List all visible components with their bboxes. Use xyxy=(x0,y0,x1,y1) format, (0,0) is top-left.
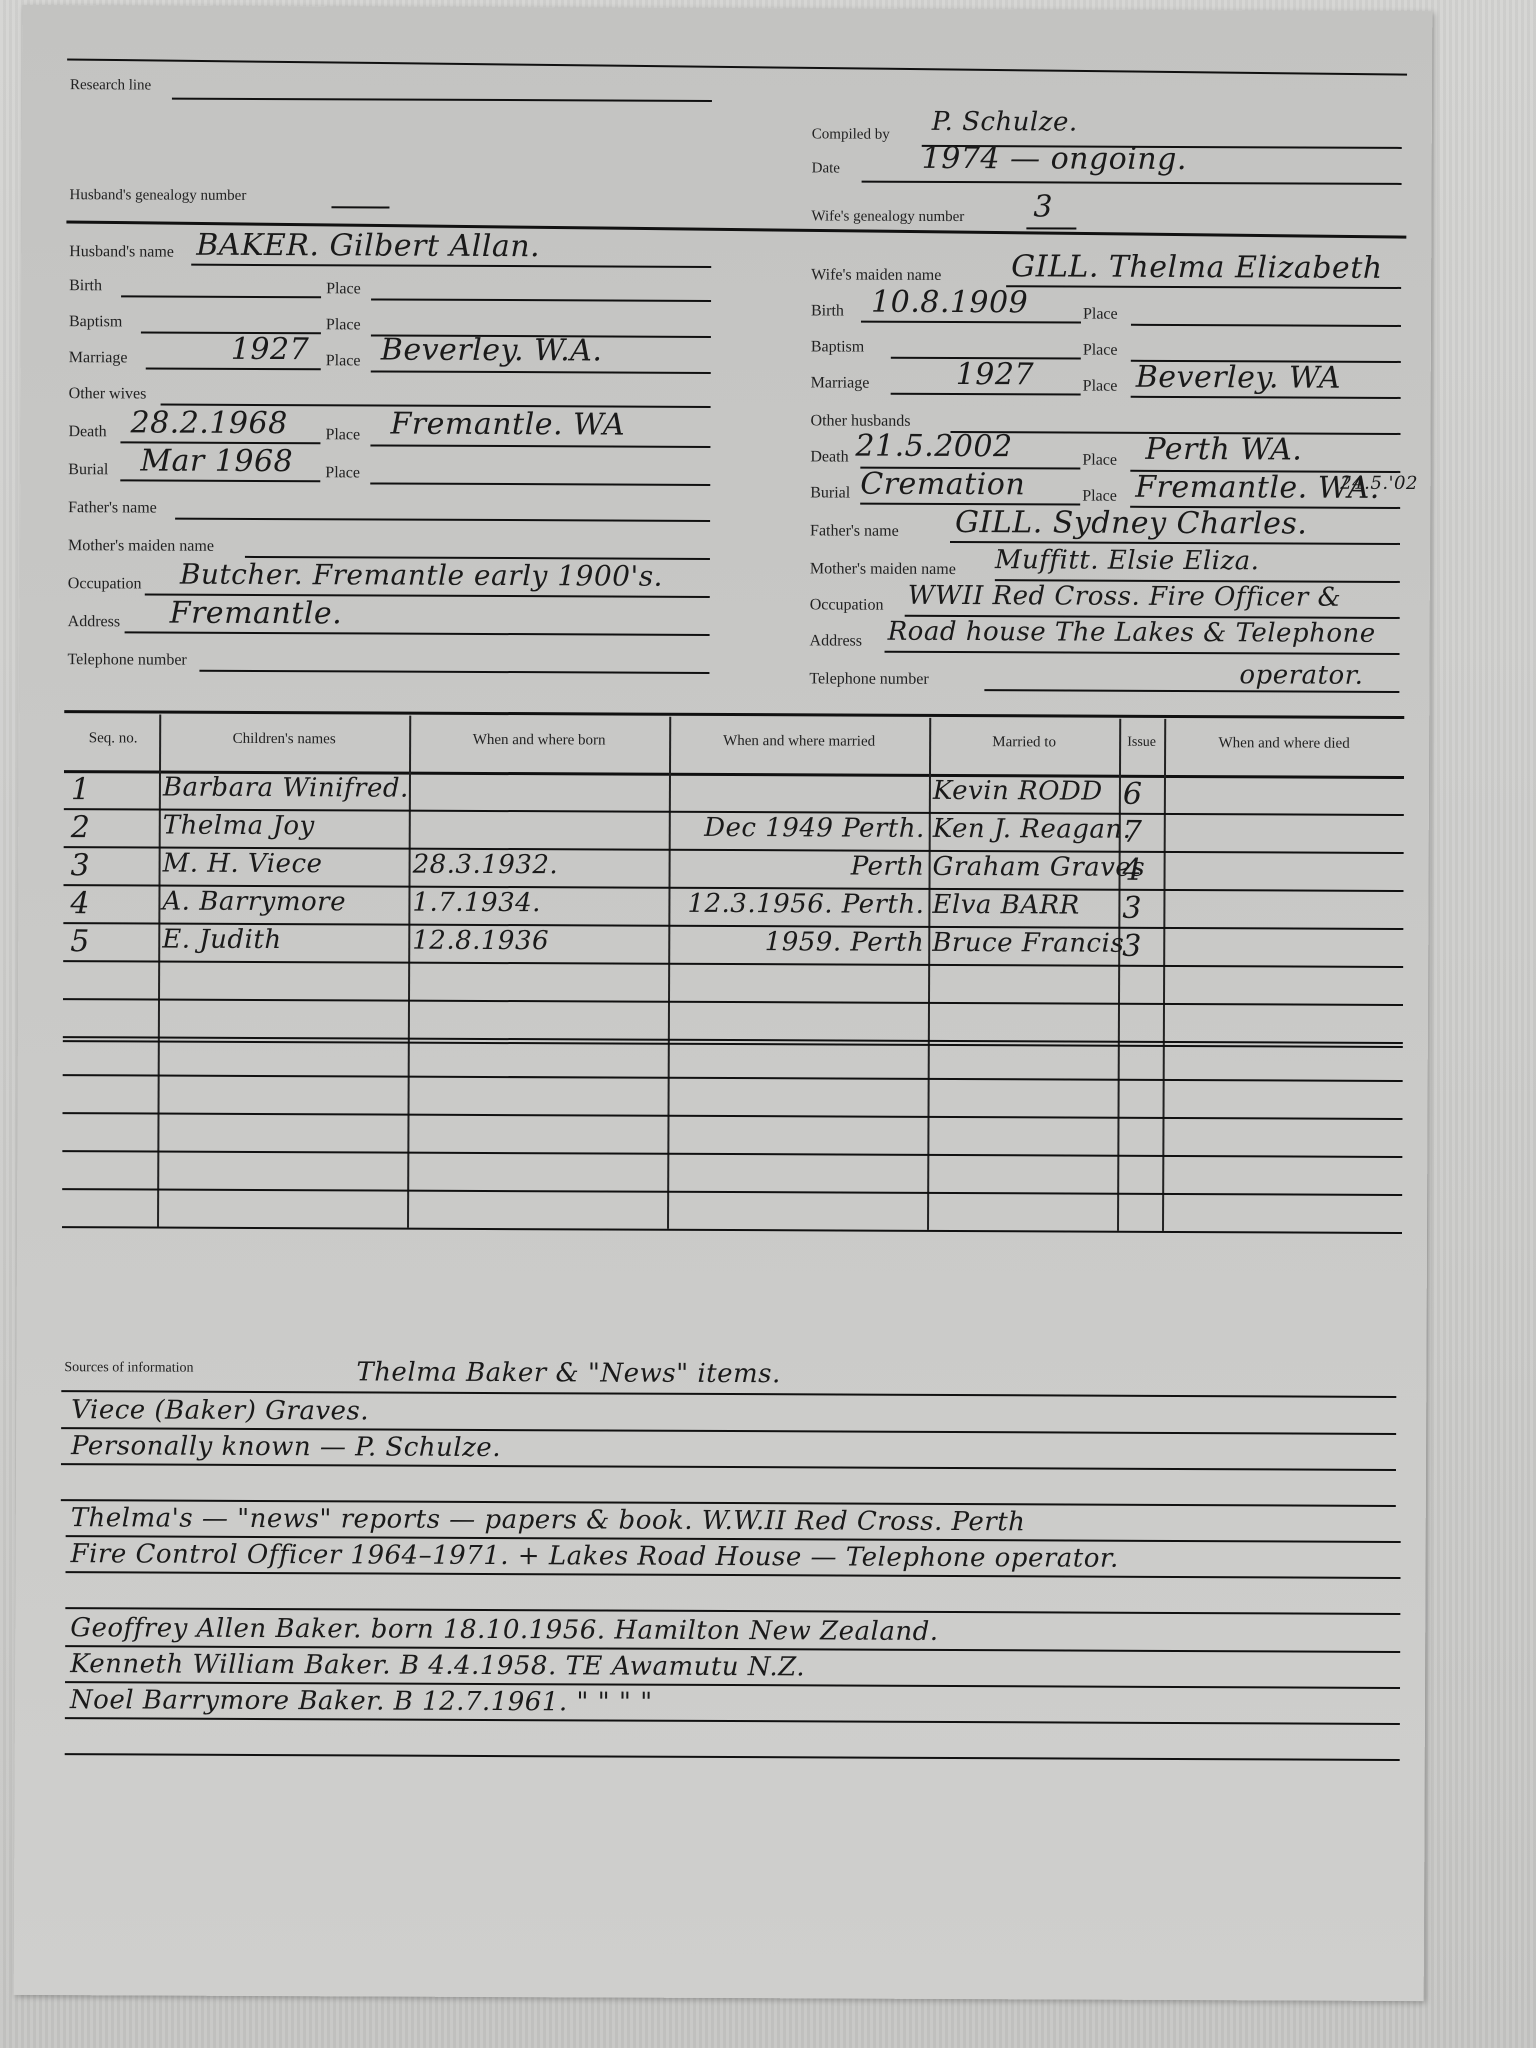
husband-birth-field xyxy=(121,295,321,298)
compiled-by-value: P. Schulze. xyxy=(932,107,1078,138)
table-header-cell: Children's names xyxy=(159,731,409,749)
wife-burial-value: Cremation xyxy=(860,467,1025,503)
table-cell-born: 28.3.1932. xyxy=(413,850,665,881)
husband-occupation-value: Butcher. Fremantle early 1900's. xyxy=(180,558,663,593)
wife-birth-label: Birth xyxy=(811,302,844,320)
husband-father-field xyxy=(175,518,710,522)
table-cell-issue: 3 xyxy=(1122,929,1159,964)
date-label: Date xyxy=(812,160,840,177)
husband-marriage-place-label: Place xyxy=(326,352,361,370)
table-cell-married: 1959. Perth xyxy=(672,927,924,958)
table-cell-seq: 4 xyxy=(70,886,154,921)
table-row-rule xyxy=(63,1036,1403,1044)
wife-marriage-place-field xyxy=(1131,396,1401,399)
table-cell-married: Dec 1949 Perth. xyxy=(673,813,925,844)
husband-baptism-place-label: Place xyxy=(326,316,361,334)
husband-birth-place-field xyxy=(371,298,711,301)
wife-address-label: Address xyxy=(810,632,863,650)
wife-marriage-value: 1927 xyxy=(956,357,1035,392)
table-row-rule xyxy=(62,1226,1402,1234)
table-header-cell: When and where born xyxy=(409,732,669,750)
wife-death-label: Death xyxy=(810,448,848,466)
husband-marriage-place-value: Beverley. W.A. xyxy=(381,333,603,369)
table-header-cell: Married to xyxy=(929,734,1119,752)
husband-mother-label: Mother's maiden name xyxy=(68,537,214,556)
table-cell-married-to: Ken J. Reagan. xyxy=(933,814,1115,845)
husband-address-label: Address xyxy=(68,613,121,631)
sources-rule xyxy=(66,1571,1401,1579)
husband-burial-label: Burial xyxy=(68,461,108,479)
husband-marriage-place-field xyxy=(371,370,711,373)
wife-baptism-label: Baptism xyxy=(811,338,864,356)
table-cell-married: 12.3.1956. Perth. xyxy=(672,889,924,920)
table-cell-name: A. Barrymore xyxy=(162,887,404,918)
husband-address-value: Fremantle. xyxy=(170,596,343,632)
wife-baptism-place-label: Place xyxy=(1083,342,1118,360)
table-row-rule xyxy=(63,1112,1403,1120)
table-cell-name: M. H. Viece xyxy=(163,849,405,880)
wife-burial-label: Burial xyxy=(810,484,850,502)
wife-telephone-field xyxy=(984,689,1399,693)
husband-telephone-label: Telephone number xyxy=(67,651,186,670)
table-row-rule xyxy=(63,998,1403,1006)
wife-mother-value: Muffitt. Elsie Eliza. xyxy=(995,545,1260,576)
research-line-field xyxy=(172,98,712,102)
wife-address-field xyxy=(885,651,1400,655)
sources-line-text: Kenneth William Baker. B 4.4.1958. TE Aw… xyxy=(70,1649,805,1682)
husband-genealogy-number-field xyxy=(331,206,389,208)
husband-death-value: 28.2.1968 xyxy=(130,405,287,441)
table-cell-issue: 7 xyxy=(1123,815,1160,850)
sources-line-text: Personally known — P. Schulze. xyxy=(71,1431,501,1463)
wife-address-value: Road house The Lakes & Telephone xyxy=(888,617,1376,649)
wife-burial-note: 24.5.'02 xyxy=(1340,473,1418,494)
table-cell-name: Barbara Winifred. xyxy=(163,773,405,804)
husband-burial-field xyxy=(120,479,320,482)
husband-name-field xyxy=(191,264,711,268)
husband-genealogy-number-label: Husband's genealogy number xyxy=(69,187,246,205)
table-header-cell: Issue xyxy=(1119,735,1164,751)
table-row-rule xyxy=(62,1150,1402,1158)
wife-marriage-place-label: Place xyxy=(1083,378,1118,396)
husband-name-label: Husband's name xyxy=(69,243,174,261)
wife-death-place-value: Perth WA. xyxy=(1145,432,1302,468)
research-line-label: Research line xyxy=(70,77,151,94)
table-row-rule xyxy=(63,1074,1403,1082)
table-cell-born: 12.8.1936 xyxy=(412,926,664,957)
husband-marriage-value: 1927 xyxy=(231,332,310,367)
table-cell-issue: 4 xyxy=(1123,853,1160,888)
wife-genealogy-number-value: 3 xyxy=(1033,189,1053,224)
top-rule xyxy=(67,58,1407,75)
husband-baptism-label: Baptism xyxy=(69,313,122,331)
family-group-sheet: Research line Husband's genealogy number… xyxy=(14,5,1433,2001)
table-cell-seq: 3 xyxy=(71,848,155,883)
table-header-cell: When and where died xyxy=(1164,735,1404,753)
wife-occupation-value: WWII Red Cross. Fire Officer & xyxy=(908,581,1342,613)
wife-name-value: GILL. Thelma Elizabeth xyxy=(1011,249,1383,286)
husband-birth-label: Birth xyxy=(69,277,102,295)
table-cell-married-to: Graham Graves xyxy=(933,852,1115,883)
husband-marriage-label: Marriage xyxy=(69,349,128,367)
sources-rule xyxy=(65,1717,1400,1725)
sources-line-text: Thelma's — "news" reports — papers & boo… xyxy=(71,1503,1026,1537)
wife-birth-field xyxy=(861,321,1081,324)
sources-line-text: Fire Control Officer 1964–1971. + Lakes … xyxy=(71,1539,1119,1574)
date-field xyxy=(862,181,1402,185)
wife-marriage-label: Marriage xyxy=(811,374,870,392)
wife-father-label: Father's name xyxy=(810,522,899,540)
husband-father-label: Father's name xyxy=(68,499,157,517)
wife-marriage-place-value: Beverley. WA xyxy=(1136,360,1341,396)
husband-death-label: Death xyxy=(68,423,106,441)
table-row-rule xyxy=(62,1188,1402,1196)
husband-marriage-field xyxy=(146,367,321,370)
table-cell-name: E. Judith xyxy=(162,925,404,956)
table-cell-born: 1.7.1934. xyxy=(412,888,664,919)
table-cell-married-to: Elva BARR xyxy=(932,890,1114,921)
wife-birth-value: 10.8.1909 xyxy=(871,285,1028,321)
table-cell-seq: 2 xyxy=(71,810,155,845)
sources-rule xyxy=(61,1463,1396,1471)
wife-telephone-value: operator. xyxy=(1239,660,1363,691)
wife-telephone-label: Telephone number xyxy=(809,670,928,689)
table-top-rule xyxy=(64,710,1404,719)
table-cell-married-to: Bruce Francis xyxy=(932,928,1114,959)
wife-burial-place-label: Place xyxy=(1082,488,1117,506)
husband-burial-value: Mar 1968 xyxy=(140,443,293,479)
table-cell-issue: 3 xyxy=(1122,891,1159,926)
table-header-cell: When and where married xyxy=(669,733,929,751)
wife-mother-label: Mother's maiden name xyxy=(810,560,956,579)
wife-father-value: GILL. Sydney Charles. xyxy=(955,505,1307,542)
wife-occupation-label: Occupation xyxy=(810,596,884,614)
wife-death-value: 21.5.2002 xyxy=(855,429,1012,465)
table-cell-married: Perth xyxy=(673,851,925,882)
compiled-by-label: Compiled by xyxy=(812,126,890,143)
wife-name-label: Wife's maiden name xyxy=(811,266,941,285)
sources-line-text: Geoffrey Allen Baker. born 18.10.1956. H… xyxy=(70,1613,938,1647)
husband-death-place-field xyxy=(370,444,710,447)
husband-name-value: BAKER. Gilbert Allan. xyxy=(196,228,540,264)
table-cell-seq: 5 xyxy=(70,924,154,959)
table-cell-seq: 1 xyxy=(71,772,155,807)
wife-birth-place-field xyxy=(1131,324,1401,327)
husband-burial-place-label: Place xyxy=(325,464,360,482)
wife-genealogy-number-label: Wife's genealogy number xyxy=(811,208,964,226)
table-cell-name: Thelma Joy xyxy=(163,811,405,842)
wife-marriage-field xyxy=(891,393,1081,396)
wife-birth-place-label: Place xyxy=(1083,306,1118,324)
table-cell-issue: 6 xyxy=(1123,777,1160,812)
sources-line-text: Viece (Baker) Graves. xyxy=(71,1395,369,1426)
wife-death-place-label: Place xyxy=(1082,452,1117,470)
wife-name-field xyxy=(1006,285,1401,289)
table-row-rule xyxy=(63,960,1403,968)
date-value: 1974 — ongoing. xyxy=(922,141,1187,177)
husband-death-place-label: Place xyxy=(325,426,360,444)
sources-label: Sources of information xyxy=(64,1360,193,1377)
sources-line-text: Thelma Baker & "News" items. xyxy=(356,1357,781,1389)
husband-telephone-field xyxy=(199,670,709,674)
husband-other-wives-label: Other wives xyxy=(69,385,147,403)
sources-line-text: Noel Barrymore Baker. B 12.7.1961. " " "… xyxy=(70,1685,653,1718)
husband-birth-place-label: Place xyxy=(326,280,361,298)
husband-occupation-label: Occupation xyxy=(68,575,142,593)
husband-death-place-value: Fremantle. WA xyxy=(390,407,625,443)
wife-genealogy-number-field xyxy=(1026,227,1076,229)
husband-burial-place-field xyxy=(370,482,710,485)
husband-address-field xyxy=(125,631,710,636)
sources-rule xyxy=(65,1753,1400,1761)
table-header-cell: Seq. no. xyxy=(67,730,159,747)
table-cell-married-to: Kevin RODD xyxy=(933,776,1115,807)
